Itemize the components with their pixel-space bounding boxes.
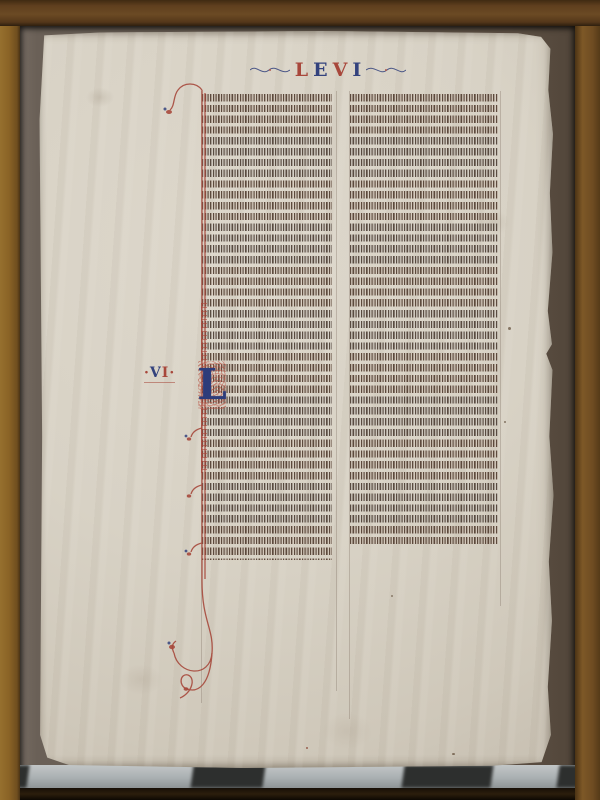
frame-bottom-rail bbox=[0, 788, 600, 800]
framed-manuscript-photo: L E V I bbox=[0, 0, 600, 800]
speck bbox=[504, 421, 506, 423]
text-column-right bbox=[350, 94, 498, 546]
decorated-initial: L bbox=[198, 361, 226, 409]
photographer-silhouette bbox=[401, 765, 493, 788]
parchment-leaf: L E V I bbox=[38, 31, 554, 768]
header-flourish-left-icon bbox=[250, 65, 290, 75]
text-column-left bbox=[202, 94, 332, 560]
photographer-silhouette bbox=[20, 765, 30, 788]
frame-right-rail bbox=[575, 0, 600, 800]
running-title-letter: L bbox=[295, 60, 308, 80]
initial-letter: L bbox=[197, 362, 227, 408]
glass-and-backing: L E V I bbox=[20, 26, 575, 788]
speck bbox=[452, 753, 455, 755]
frame-top-rail bbox=[0, 0, 600, 26]
chapter-marker: ·VI· bbox=[144, 365, 175, 383]
frame-left-rail bbox=[0, 0, 20, 800]
glass-reflection-strip bbox=[20, 765, 575, 788]
ruling-line bbox=[336, 91, 337, 691]
speck bbox=[391, 595, 393, 597]
photographer-silhouette bbox=[190, 765, 265, 788]
speck bbox=[306, 747, 308, 749]
photographer-silhouette bbox=[557, 765, 575, 788]
chapter-marker-dot: · bbox=[169, 365, 175, 381]
running-title-letter: V bbox=[333, 60, 348, 80]
running-title-letter: I bbox=[352, 60, 361, 80]
running-title: L E V I bbox=[108, 60, 548, 80]
chapter-marker-letter: V bbox=[150, 365, 162, 381]
running-title-letter: E bbox=[313, 60, 327, 80]
speck bbox=[508, 327, 511, 330]
header-flourish-right-icon bbox=[366, 65, 406, 75]
ruling-line bbox=[500, 91, 501, 606]
